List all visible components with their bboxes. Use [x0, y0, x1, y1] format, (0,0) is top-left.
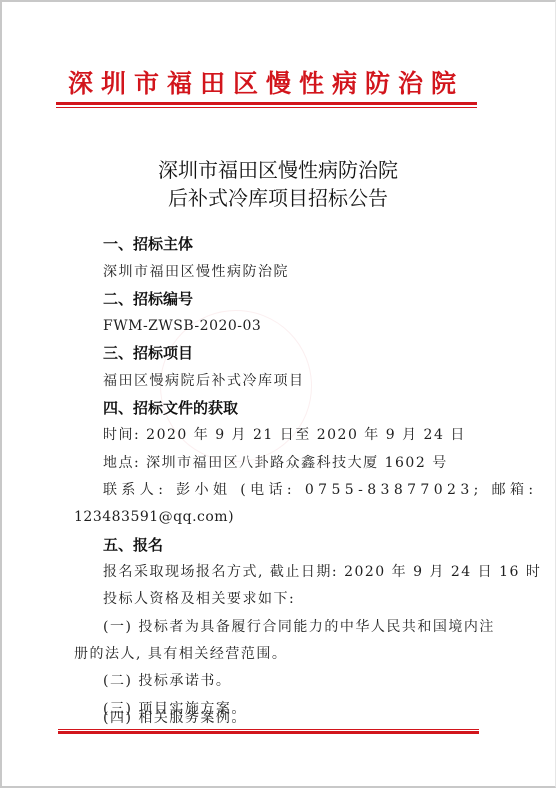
- letterhead-org-name: 深圳市福田区慢性病防治院: [56, 64, 476, 104]
- requirement-2: (二) 投标承诺书。: [103, 671, 231, 691]
- bidding-entity-value: 深圳市福田区慢性病防治院: [103, 262, 289, 282]
- requirement-4: (四) 相关服务案例。: [103, 708, 247, 728]
- acquisition-location: 地点: 深圳市福田区八卦路众鑫科技大厦 1602 号: [103, 453, 448, 473]
- letterhead-rule-thin: [56, 107, 477, 108]
- section-heading-document-acquisition: 四、招标文件的获取: [103, 398, 238, 418]
- requirement-1: (一) 投标者为具备履行合同能力的中华人民共和国境内注: [103, 617, 495, 637]
- registration-method: 报名采取现场报名方式, 截止日期: 2020 年 9 月 24 日 16 时: [103, 562, 541, 582]
- section-heading-bidding-project: 三、招标项目: [103, 343, 193, 363]
- section-heading-registration: 五、报名: [103, 535, 163, 555]
- footer-rule-thick: [58, 731, 479, 734]
- contact-email: 123483591@qq.com): [74, 507, 234, 527]
- footer-rule-thin: [58, 729, 479, 730]
- bidding-project-value: 福田区慢病院后补式冷库项目: [103, 371, 305, 391]
- contact-info: 联系人: 彭小姐 (电话: 0755-83877023; 邮箱:: [103, 480, 538, 500]
- bidder-requirements-intro: 投标人资格及相关要求如下:: [103, 589, 295, 609]
- letterhead-rule-thick: [56, 102, 477, 105]
- document-title-line2: 后补式冷库项目招标公告: [0, 184, 556, 212]
- section-heading-bidding-number: 二、招标编号: [103, 289, 193, 309]
- acquisition-time: 时间: 2020 年 9 月 21 日至 2020 年 9 月 24 日: [103, 425, 466, 445]
- section-heading-bidding-entity: 一、招标主体: [103, 234, 193, 254]
- bidding-number-value: FWM-ZWSB-2020-03: [103, 316, 261, 336]
- requirement-1-cont: 册的法人, 具有相关经营范围。: [74, 644, 287, 664]
- page-border: [0, 0, 556, 788]
- document-title-line1: 深圳市福田区慢性病防治院: [0, 156, 556, 184]
